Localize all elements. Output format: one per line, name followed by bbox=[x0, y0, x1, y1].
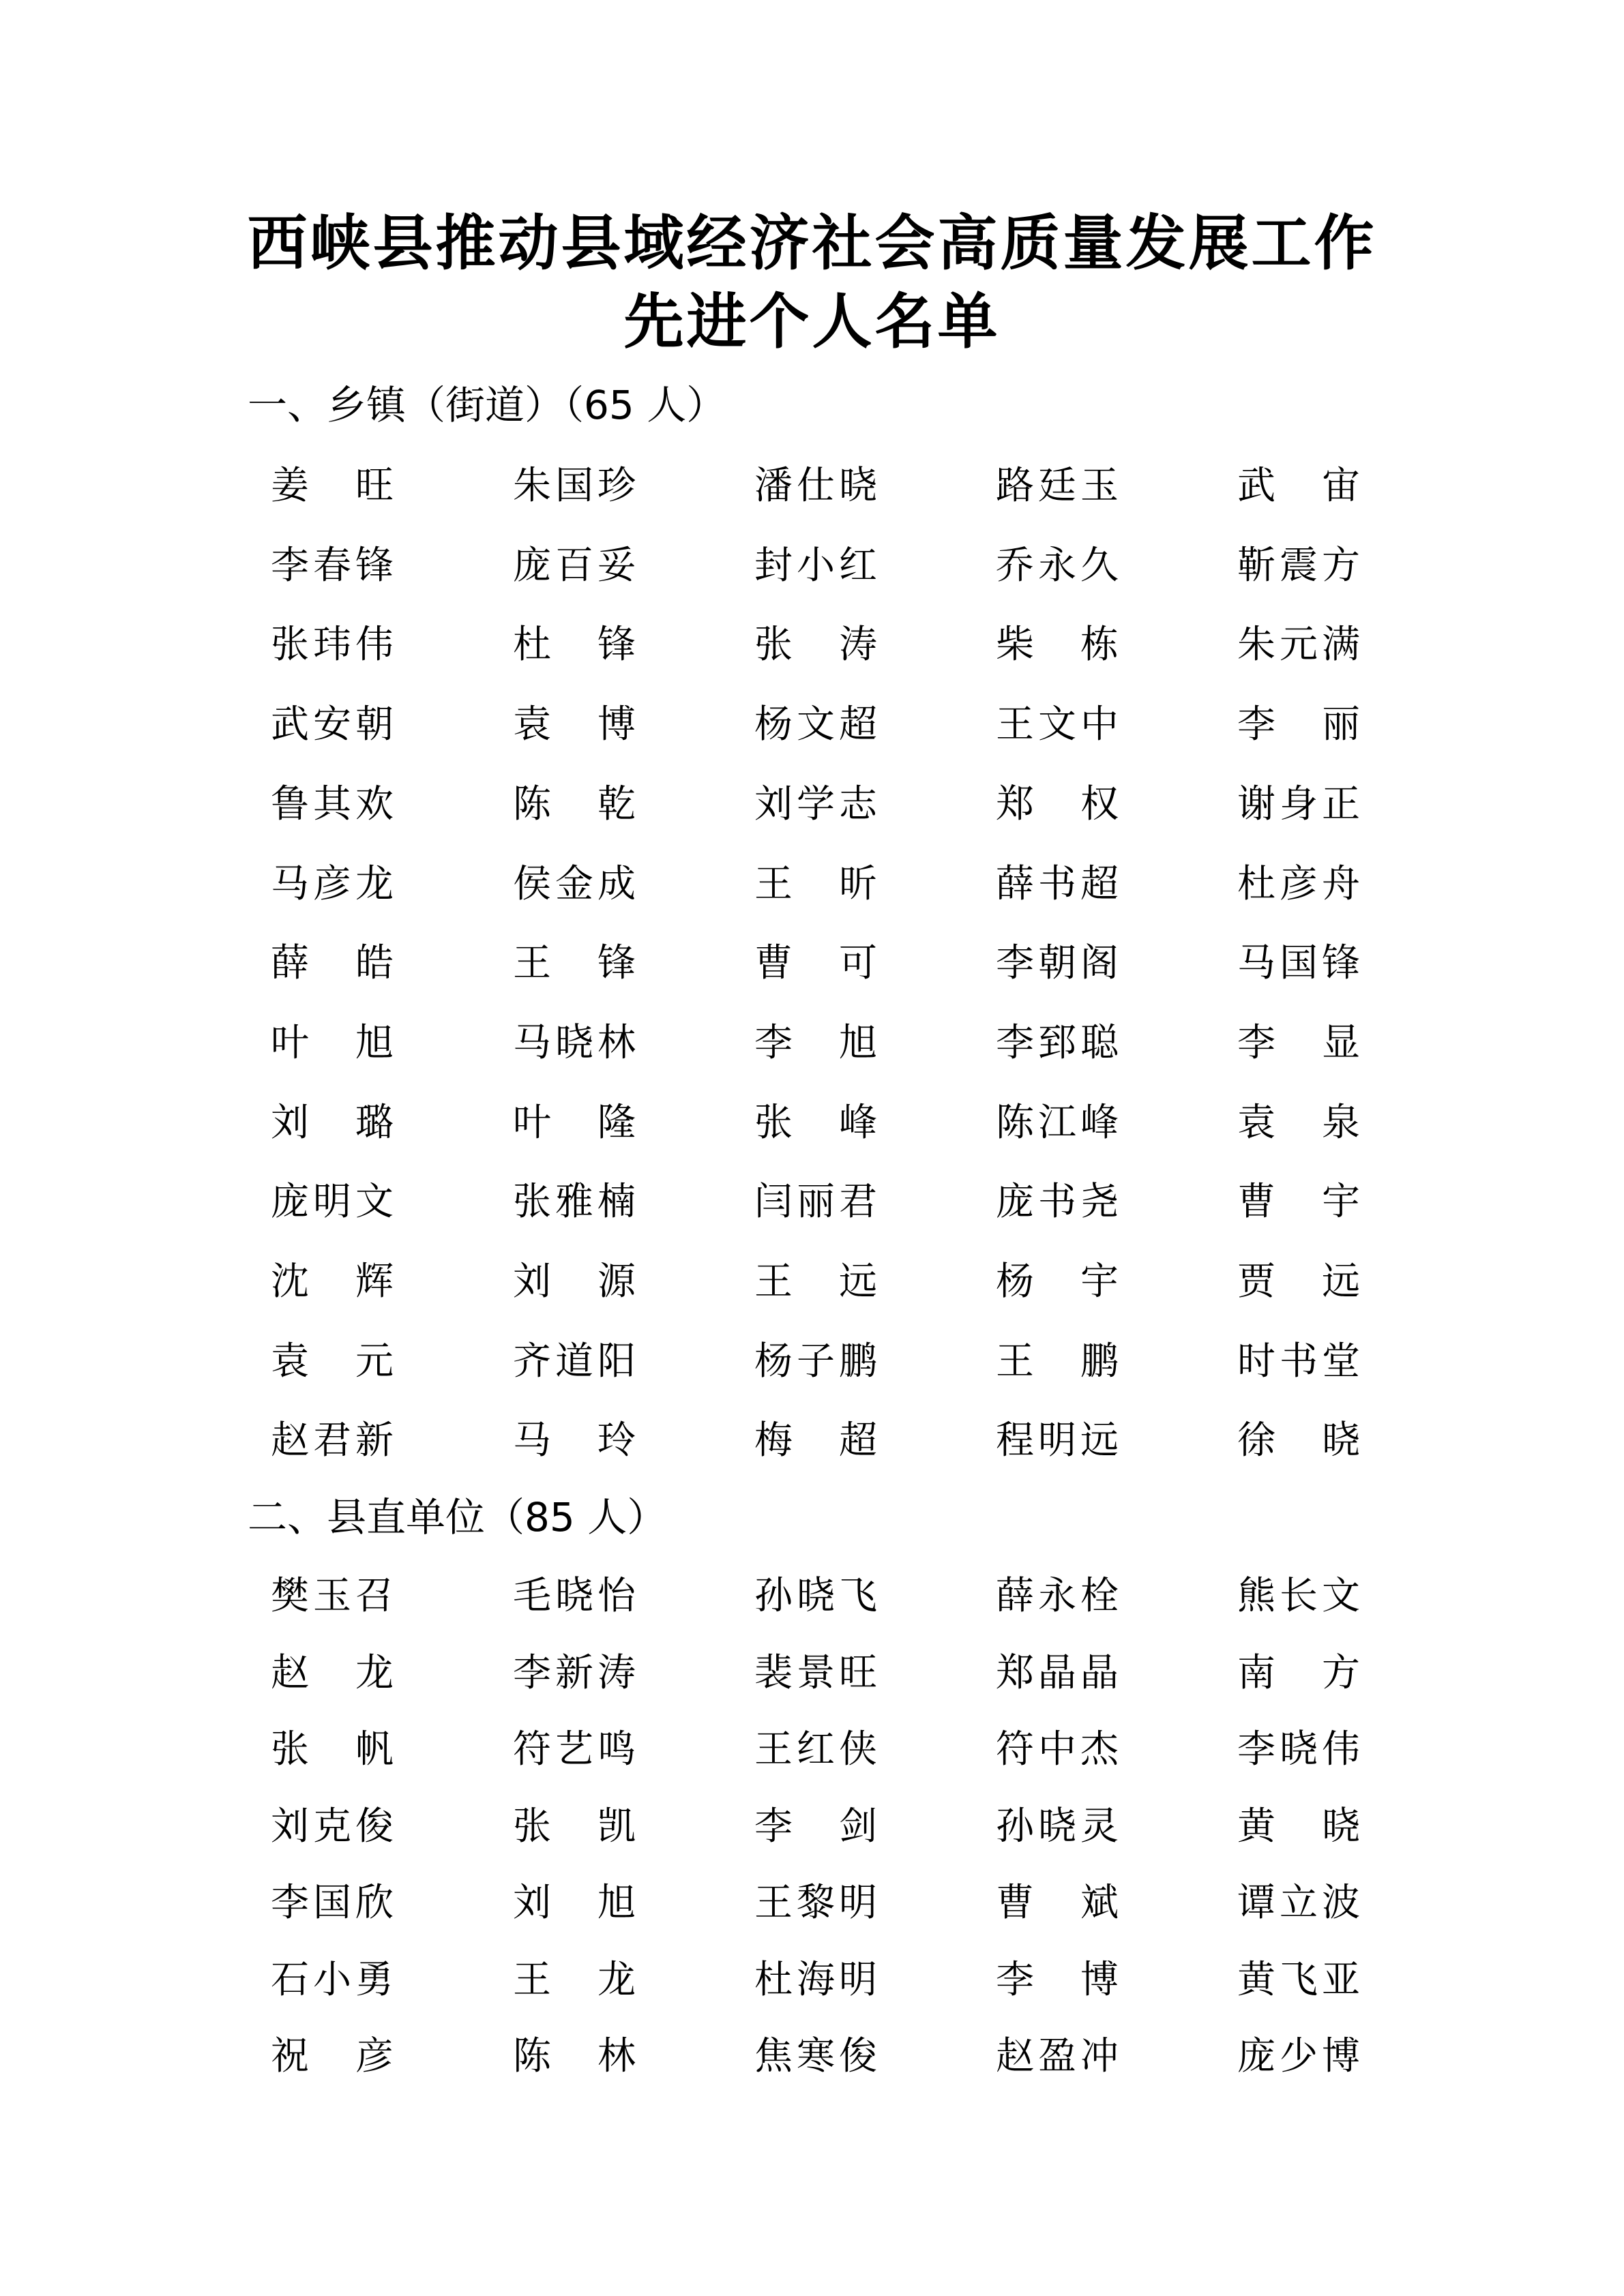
name-char: 栓 bbox=[1079, 1569, 1120, 1624]
person-name: 谭立波 bbox=[1236, 1876, 1361, 1930]
person-name: 薛皓 bbox=[269, 936, 395, 991]
name-char: 马 bbox=[512, 1016, 552, 1071]
person-name: 袁博 bbox=[512, 698, 637, 752]
name-char: 安 bbox=[312, 698, 353, 752]
person-name: 王文中 bbox=[994, 698, 1120, 752]
table-row: 薛皓王锋曹可李朝阁马国锋 bbox=[0, 936, 1624, 991]
name-char: 国 bbox=[554, 459, 595, 513]
person-name: 李春锋 bbox=[269, 539, 395, 593]
name-char: 张 bbox=[269, 618, 310, 672]
name-char: 丽 bbox=[1320, 698, 1361, 752]
name-char bbox=[554, 698, 595, 752]
name-char: 王 bbox=[512, 936, 552, 991]
name-char: 欣 bbox=[354, 1876, 395, 1930]
name-char: 路 bbox=[994, 459, 1035, 513]
person-name: 李博 bbox=[994, 1953, 1120, 2008]
name-char: 舟 bbox=[1320, 857, 1361, 912]
person-name: 王远 bbox=[753, 1255, 879, 1309]
name-char: 中 bbox=[1037, 1723, 1078, 1777]
table-row: 姜旺朱国珍潘仕晓路廷玉武宙 bbox=[0, 459, 1624, 513]
name-char: 李 bbox=[512, 1646, 552, 1701]
name-char: 博 bbox=[1320, 2029, 1361, 2084]
name-char bbox=[312, 1646, 353, 1701]
name-char bbox=[1037, 777, 1078, 832]
name-char: 江 bbox=[1037, 1096, 1078, 1150]
name-char: 妥 bbox=[596, 539, 637, 593]
name-char: 亚 bbox=[1320, 1953, 1361, 2008]
name-char: 陈 bbox=[512, 777, 552, 832]
name-char bbox=[554, 1096, 595, 1150]
person-name: 庞百妥 bbox=[512, 539, 637, 593]
name-char: 袁 bbox=[512, 698, 552, 752]
name-char: 时 bbox=[1236, 1335, 1277, 1389]
name-char: 锋 bbox=[596, 936, 637, 991]
name-char: 侠 bbox=[838, 1723, 879, 1777]
name-char: 明 bbox=[1037, 1414, 1078, 1468]
name-char: 玮 bbox=[312, 618, 353, 672]
person-name: 庞少博 bbox=[1236, 2029, 1361, 2084]
table-row: 张帆符艺鸣王红侠符中杰李晓伟 bbox=[0, 1723, 1624, 1777]
person-name: 李国欣 bbox=[269, 1876, 395, 1930]
person-name: 石小勇 bbox=[269, 1953, 395, 2008]
name-char: 廷 bbox=[1037, 459, 1078, 513]
table-row: 樊玉召毛晓怡孙晓飞薛永栓熊长文 bbox=[0, 1569, 1624, 1624]
name-char: 薛 bbox=[269, 936, 310, 991]
name-char: 涛 bbox=[838, 618, 879, 672]
name-char bbox=[554, 1953, 595, 2008]
person-name: 孙晓飞 bbox=[753, 1569, 879, 1624]
name-char: 立 bbox=[1278, 1876, 1319, 1930]
name-char bbox=[1037, 618, 1078, 672]
person-name: 陈乾 bbox=[512, 777, 637, 832]
name-char: 晓 bbox=[1278, 1723, 1319, 1777]
name-char: 远 bbox=[1079, 1414, 1120, 1468]
person-name: 刘源 bbox=[512, 1255, 637, 1309]
person-name: 裴景旺 bbox=[753, 1646, 879, 1701]
name-char: 林 bbox=[596, 2029, 637, 2084]
name-char: 杜 bbox=[1236, 857, 1277, 912]
name-char: 超 bbox=[838, 698, 879, 752]
name-char: 珍 bbox=[596, 459, 637, 513]
name-char bbox=[795, 1016, 836, 1071]
name-char: 春 bbox=[312, 539, 353, 593]
name-char: 朝 bbox=[354, 698, 395, 752]
name-char: 宙 bbox=[1320, 459, 1361, 513]
person-name: 时书堂 bbox=[1236, 1335, 1361, 1389]
name-char bbox=[795, 1414, 836, 1468]
name-char bbox=[795, 936, 836, 991]
person-name: 刘学志 bbox=[753, 777, 879, 832]
name-char: 赵 bbox=[269, 1414, 310, 1468]
name-char bbox=[312, 936, 353, 991]
name-char: 国 bbox=[312, 1876, 353, 1930]
name-char: 璐 bbox=[354, 1096, 395, 1150]
name-char bbox=[312, 459, 353, 513]
name-char bbox=[795, 618, 836, 672]
name-char bbox=[312, 1016, 353, 1071]
name-char: 小 bbox=[795, 539, 836, 593]
name-char bbox=[1037, 1876, 1078, 1930]
person-name: 南方 bbox=[1236, 1646, 1361, 1701]
name-char: 曹 bbox=[994, 1876, 1035, 1930]
person-name: 曹斌 bbox=[994, 1876, 1120, 1930]
table-row: 张玮伟杜锋张涛柴栋朱元满 bbox=[0, 618, 1624, 672]
name-char: 锋 bbox=[354, 539, 395, 593]
name-char: 文 bbox=[354, 1175, 395, 1229]
name-char: 乔 bbox=[994, 539, 1035, 593]
person-name: 乔永久 bbox=[994, 539, 1120, 593]
name-char: 方 bbox=[1320, 539, 1361, 593]
person-name: 赵龙 bbox=[269, 1646, 395, 1701]
table-row: 石小勇王龙杜海明李博黄飞亚 bbox=[0, 1953, 1624, 2008]
person-name: 王红侠 bbox=[753, 1723, 879, 1777]
name-char bbox=[312, 1096, 353, 1150]
table-row: 李春锋庞百妥封小红乔永久靳震方 bbox=[0, 539, 1624, 593]
person-name: 马国锋 bbox=[1236, 936, 1361, 991]
name-char bbox=[312, 2029, 353, 2084]
name-char: 马 bbox=[512, 1414, 552, 1468]
name-char bbox=[312, 1723, 353, 1777]
name-char: 张 bbox=[753, 618, 794, 672]
person-name: 刘璐 bbox=[269, 1096, 395, 1150]
name-char: 克 bbox=[312, 1800, 353, 1854]
name-char: 文 bbox=[795, 698, 836, 752]
name-char: 彦 bbox=[1278, 857, 1319, 912]
person-name: 曹宇 bbox=[1236, 1175, 1361, 1229]
table-row: 赵龙李新涛裴景旺郑晶晶南方 bbox=[0, 1646, 1624, 1701]
name-char: 锋 bbox=[1320, 936, 1361, 991]
name-char: 正 bbox=[1320, 777, 1361, 832]
name-char: 冲 bbox=[1079, 2029, 1120, 2084]
name-char: 谢 bbox=[1236, 777, 1277, 832]
name-char bbox=[554, 618, 595, 672]
name-char bbox=[1278, 1016, 1319, 1071]
name-char: 庞 bbox=[994, 1175, 1035, 1229]
person-name: 靳震方 bbox=[1236, 539, 1361, 593]
name-char: 久 bbox=[1079, 539, 1120, 593]
person-name: 李丽 bbox=[1236, 698, 1361, 752]
name-char: 刘 bbox=[512, 1255, 552, 1309]
person-name: 梅超 bbox=[753, 1414, 879, 1468]
name-char: 景 bbox=[795, 1646, 836, 1701]
name-char: 武 bbox=[269, 698, 310, 752]
name-char: 李 bbox=[1236, 1723, 1277, 1777]
name-char: 晓 bbox=[1320, 1414, 1361, 1468]
name-char: 孙 bbox=[753, 1569, 794, 1624]
name-char: 杨 bbox=[994, 1255, 1035, 1309]
name-char: 袁 bbox=[269, 1335, 310, 1389]
name-char: 阳 bbox=[596, 1335, 637, 1389]
person-name: 朱国珍 bbox=[512, 459, 637, 513]
name-char: 符 bbox=[994, 1723, 1035, 1777]
table-row: 赵君新马玲梅超程明远徐晓 bbox=[0, 1414, 1624, 1468]
name-char: 焦 bbox=[753, 2029, 794, 2084]
name-char: 明 bbox=[838, 1876, 879, 1930]
name-char bbox=[795, 1255, 836, 1309]
name-char: 成 bbox=[596, 857, 637, 912]
person-name: 侯金成 bbox=[512, 857, 637, 912]
name-char: 刘 bbox=[269, 1096, 310, 1150]
name-char: 马 bbox=[269, 857, 310, 912]
name-char: 杜 bbox=[753, 1953, 794, 2008]
name-char: 晓 bbox=[1037, 1800, 1078, 1854]
name-char: 李 bbox=[1236, 698, 1277, 752]
person-name: 刘克俊 bbox=[269, 1800, 395, 1854]
name-char: 新 bbox=[354, 1414, 395, 1468]
person-name: 徐晓 bbox=[1236, 1414, 1361, 1468]
name-char: 南 bbox=[1236, 1646, 1277, 1701]
name-char: 梅 bbox=[753, 1414, 794, 1468]
name-char: 晓 bbox=[1320, 1800, 1361, 1854]
name-char: 晓 bbox=[795, 1569, 836, 1624]
person-name: 杨文超 bbox=[753, 698, 879, 752]
name-char: 孙 bbox=[994, 1800, 1035, 1854]
name-char: 博 bbox=[1079, 1953, 1120, 2008]
name-char: 小 bbox=[312, 1953, 353, 2008]
person-name: 黄飞亚 bbox=[1236, 1953, 1361, 2008]
person-name: 王昕 bbox=[753, 857, 879, 912]
name-char: 超 bbox=[1079, 857, 1120, 912]
name-char: 丽 bbox=[795, 1175, 836, 1229]
name-char: 俊 bbox=[838, 2029, 879, 2084]
name-char: 文 bbox=[1037, 698, 1078, 752]
name-char: 书 bbox=[1037, 857, 1078, 912]
name-char: 陈 bbox=[994, 1096, 1035, 1150]
person-name: 武安朝 bbox=[269, 698, 395, 752]
name-char: 刘 bbox=[753, 777, 794, 832]
person-name: 谢身正 bbox=[1236, 777, 1361, 832]
name-char: 海 bbox=[795, 1953, 836, 2008]
person-name: 李剑 bbox=[753, 1800, 879, 1854]
name-char bbox=[554, 2029, 595, 2084]
name-char: 晓 bbox=[838, 459, 879, 513]
name-char: 阁 bbox=[1079, 936, 1120, 991]
name-char bbox=[554, 1800, 595, 1854]
name-char: 鸣 bbox=[596, 1723, 637, 1777]
name-char: 峰 bbox=[1079, 1096, 1120, 1150]
person-name: 陈江峰 bbox=[994, 1096, 1120, 1150]
name-char: 中 bbox=[1079, 698, 1120, 752]
table-row: 沈辉刘源王远杨宇贾远 bbox=[0, 1255, 1624, 1309]
name-char: 沈 bbox=[269, 1255, 310, 1309]
name-char: 李 bbox=[994, 1953, 1035, 2008]
name-char: 赵 bbox=[269, 1646, 310, 1701]
name-char: 昕 bbox=[838, 857, 879, 912]
person-name: 鲁其欢 bbox=[269, 777, 395, 832]
name-char: 叶 bbox=[512, 1096, 552, 1150]
person-name: 曹可 bbox=[753, 936, 879, 991]
name-char: 袁 bbox=[1236, 1096, 1277, 1150]
name-char: 玉 bbox=[1079, 459, 1120, 513]
person-name: 柴栋 bbox=[994, 618, 1120, 672]
name-char: 远 bbox=[838, 1255, 879, 1309]
name-char: 宇 bbox=[1079, 1255, 1120, 1309]
name-char: 王 bbox=[512, 1953, 552, 2008]
person-name: 袁元 bbox=[269, 1335, 395, 1389]
name-char: 红 bbox=[838, 539, 879, 593]
name-char: 武 bbox=[1236, 459, 1277, 513]
name-char bbox=[1278, 698, 1319, 752]
person-name: 赵盈冲 bbox=[994, 2029, 1120, 2084]
page-title-line-2: 先进个人名单 bbox=[0, 284, 1624, 359]
name-char: 李 bbox=[753, 1800, 794, 1854]
name-char: 旺 bbox=[354, 459, 395, 513]
name-char: 欢 bbox=[354, 777, 395, 832]
name-char: 鲁 bbox=[269, 777, 310, 832]
name-char: 庞 bbox=[269, 1175, 310, 1229]
person-name: 庞明文 bbox=[269, 1175, 395, 1229]
name-char bbox=[795, 857, 836, 912]
table-row: 李国欣刘旭王黎明曹斌谭立波 bbox=[0, 1876, 1624, 1930]
name-char: 明 bbox=[838, 1953, 879, 2008]
name-char: 黄 bbox=[1236, 1953, 1277, 2008]
person-name: 杨子鹏 bbox=[753, 1335, 879, 1389]
name-char: 超 bbox=[838, 1414, 879, 1468]
person-name: 王龙 bbox=[512, 1953, 637, 2008]
person-name: 赵君新 bbox=[269, 1414, 395, 1468]
name-char bbox=[554, 1414, 595, 1468]
name-char: 君 bbox=[838, 1175, 879, 1229]
name-char: 李 bbox=[269, 539, 310, 593]
name-char: 堂 bbox=[1320, 1335, 1361, 1389]
name-char: 李 bbox=[994, 936, 1035, 991]
name-char: 红 bbox=[795, 1723, 836, 1777]
page-title-line-1: 西峡县推动县域经济社会高质量发展工作 bbox=[0, 205, 1624, 280]
person-name: 杜彦舟 bbox=[1236, 857, 1361, 912]
person-name: 王鹏 bbox=[994, 1335, 1120, 1389]
name-char: 锋 bbox=[596, 618, 637, 672]
name-char: 仕 bbox=[795, 459, 836, 513]
name-char: 鹏 bbox=[838, 1335, 879, 1389]
person-name: 封小红 bbox=[753, 539, 879, 593]
name-char: 聪 bbox=[1079, 1016, 1120, 1071]
name-char: 伟 bbox=[1320, 1723, 1361, 1777]
table-row: 刘璐叶隆张峰陈江峰袁泉 bbox=[0, 1096, 1624, 1150]
name-char: 尧 bbox=[1079, 1175, 1120, 1229]
person-name: 毛晓怡 bbox=[512, 1569, 637, 1624]
name-char: 显 bbox=[1320, 1016, 1361, 1071]
name-char: 灵 bbox=[1079, 1800, 1120, 1854]
name-char: 怡 bbox=[596, 1569, 637, 1624]
name-char: 博 bbox=[596, 698, 637, 752]
person-name: 姜旺 bbox=[269, 459, 395, 513]
name-char bbox=[1278, 1414, 1319, 1468]
name-char: 飞 bbox=[838, 1569, 879, 1624]
name-char bbox=[1278, 1800, 1319, 1854]
name-char: 程 bbox=[994, 1414, 1035, 1468]
name-char: 艺 bbox=[554, 1723, 595, 1777]
person-name: 杨宇 bbox=[994, 1255, 1120, 1309]
name-char: 晓 bbox=[554, 1569, 595, 1624]
name-char bbox=[554, 1876, 595, 1930]
name-char: 李 bbox=[269, 1876, 310, 1930]
name-char: 靳 bbox=[1236, 539, 1277, 593]
person-name: 黄晓 bbox=[1236, 1800, 1361, 1854]
name-char: 熊 bbox=[1236, 1569, 1277, 1624]
name-char: 辉 bbox=[354, 1255, 395, 1309]
name-char: 可 bbox=[838, 936, 879, 991]
table-row: 武安朝袁博杨文超王文中李丽 bbox=[0, 698, 1624, 752]
name-char: 少 bbox=[1278, 2029, 1319, 2084]
name-char: 剑 bbox=[838, 1800, 879, 1854]
person-name: 李新涛 bbox=[512, 1646, 637, 1701]
name-char: 勇 bbox=[354, 1953, 395, 2008]
table-row: 祝彦陈林焦寒俊赵盈冲庞少博 bbox=[0, 2029, 1624, 2084]
name-char: 石 bbox=[269, 1953, 310, 2008]
name-char: 曹 bbox=[1236, 1175, 1277, 1229]
name-char: 张 bbox=[512, 1175, 552, 1229]
name-char: 鹏 bbox=[1079, 1335, 1120, 1389]
name-char: 飞 bbox=[1278, 1953, 1319, 2008]
person-name: 李旭 bbox=[753, 1016, 879, 1071]
name-char: 朝 bbox=[1037, 936, 1078, 991]
name-char: 王 bbox=[994, 1335, 1035, 1389]
person-name: 马彦龙 bbox=[269, 857, 395, 912]
person-name: 薛书超 bbox=[994, 857, 1120, 912]
name-char: 刘 bbox=[512, 1876, 552, 1930]
name-char: 波 bbox=[1320, 1876, 1361, 1930]
person-name: 杜海明 bbox=[753, 1953, 879, 2008]
name-char: 凯 bbox=[596, 1800, 637, 1854]
name-char: 樊 bbox=[269, 1569, 310, 1624]
name-char: 郑 bbox=[994, 1646, 1035, 1701]
name-char: 旺 bbox=[838, 1646, 879, 1701]
person-name: 张凯 bbox=[512, 1800, 637, 1854]
name-char: 曹 bbox=[753, 936, 794, 991]
person-name: 焦寒俊 bbox=[753, 2029, 879, 2084]
name-char: 书 bbox=[1037, 1175, 1078, 1229]
name-char: 郑 bbox=[994, 777, 1035, 832]
name-char bbox=[1278, 1255, 1319, 1309]
name-char: 文 bbox=[1320, 1569, 1361, 1624]
person-name: 祝彦 bbox=[269, 2029, 395, 2084]
name-char: 张 bbox=[753, 1096, 794, 1150]
name-char: 子 bbox=[795, 1335, 836, 1389]
name-char: 元 bbox=[1278, 618, 1319, 672]
name-char: 寒 bbox=[795, 2029, 836, 2084]
name-char: 元 bbox=[354, 1335, 395, 1389]
name-char: 彦 bbox=[312, 857, 353, 912]
name-char: 永 bbox=[1037, 1569, 1078, 1624]
person-name: 李朝阁 bbox=[994, 936, 1120, 991]
name-char: 薛 bbox=[994, 857, 1035, 912]
name-char: 玲 bbox=[596, 1414, 637, 1468]
name-char: 马 bbox=[1236, 936, 1277, 991]
name-char: 斌 bbox=[1079, 1876, 1120, 1930]
person-name: 李郅聪 bbox=[994, 1016, 1120, 1071]
name-char bbox=[1278, 459, 1319, 513]
name-char: 张 bbox=[512, 1800, 552, 1854]
name-char: 李 bbox=[1236, 1016, 1277, 1071]
name-char: 权 bbox=[1079, 777, 1120, 832]
name-char: 潘 bbox=[753, 459, 794, 513]
person-name: 朱元满 bbox=[1236, 618, 1361, 672]
name-char: 震 bbox=[1278, 539, 1319, 593]
table-row: 刘克俊张凯李剑孙晓灵黄晓 bbox=[0, 1800, 1624, 1854]
name-char: 国 bbox=[1278, 936, 1319, 991]
name-char bbox=[1037, 1953, 1078, 2008]
table-row: 庞明文张雅楠闫丽君庞书尧曹宇 bbox=[0, 1175, 1624, 1229]
person-name: 程明远 bbox=[994, 1414, 1120, 1468]
name-char: 百 bbox=[554, 539, 595, 593]
name-char: 王 bbox=[753, 1255, 794, 1309]
name-char: 晶 bbox=[1037, 1646, 1078, 1701]
name-char: 志 bbox=[838, 777, 879, 832]
person-name: 路廷玉 bbox=[994, 459, 1120, 513]
section-heading-townships: 一、乡镇（街道）（65 人） bbox=[248, 378, 726, 432]
name-char: 旭 bbox=[838, 1016, 879, 1071]
name-char: 长 bbox=[1278, 1569, 1319, 1624]
